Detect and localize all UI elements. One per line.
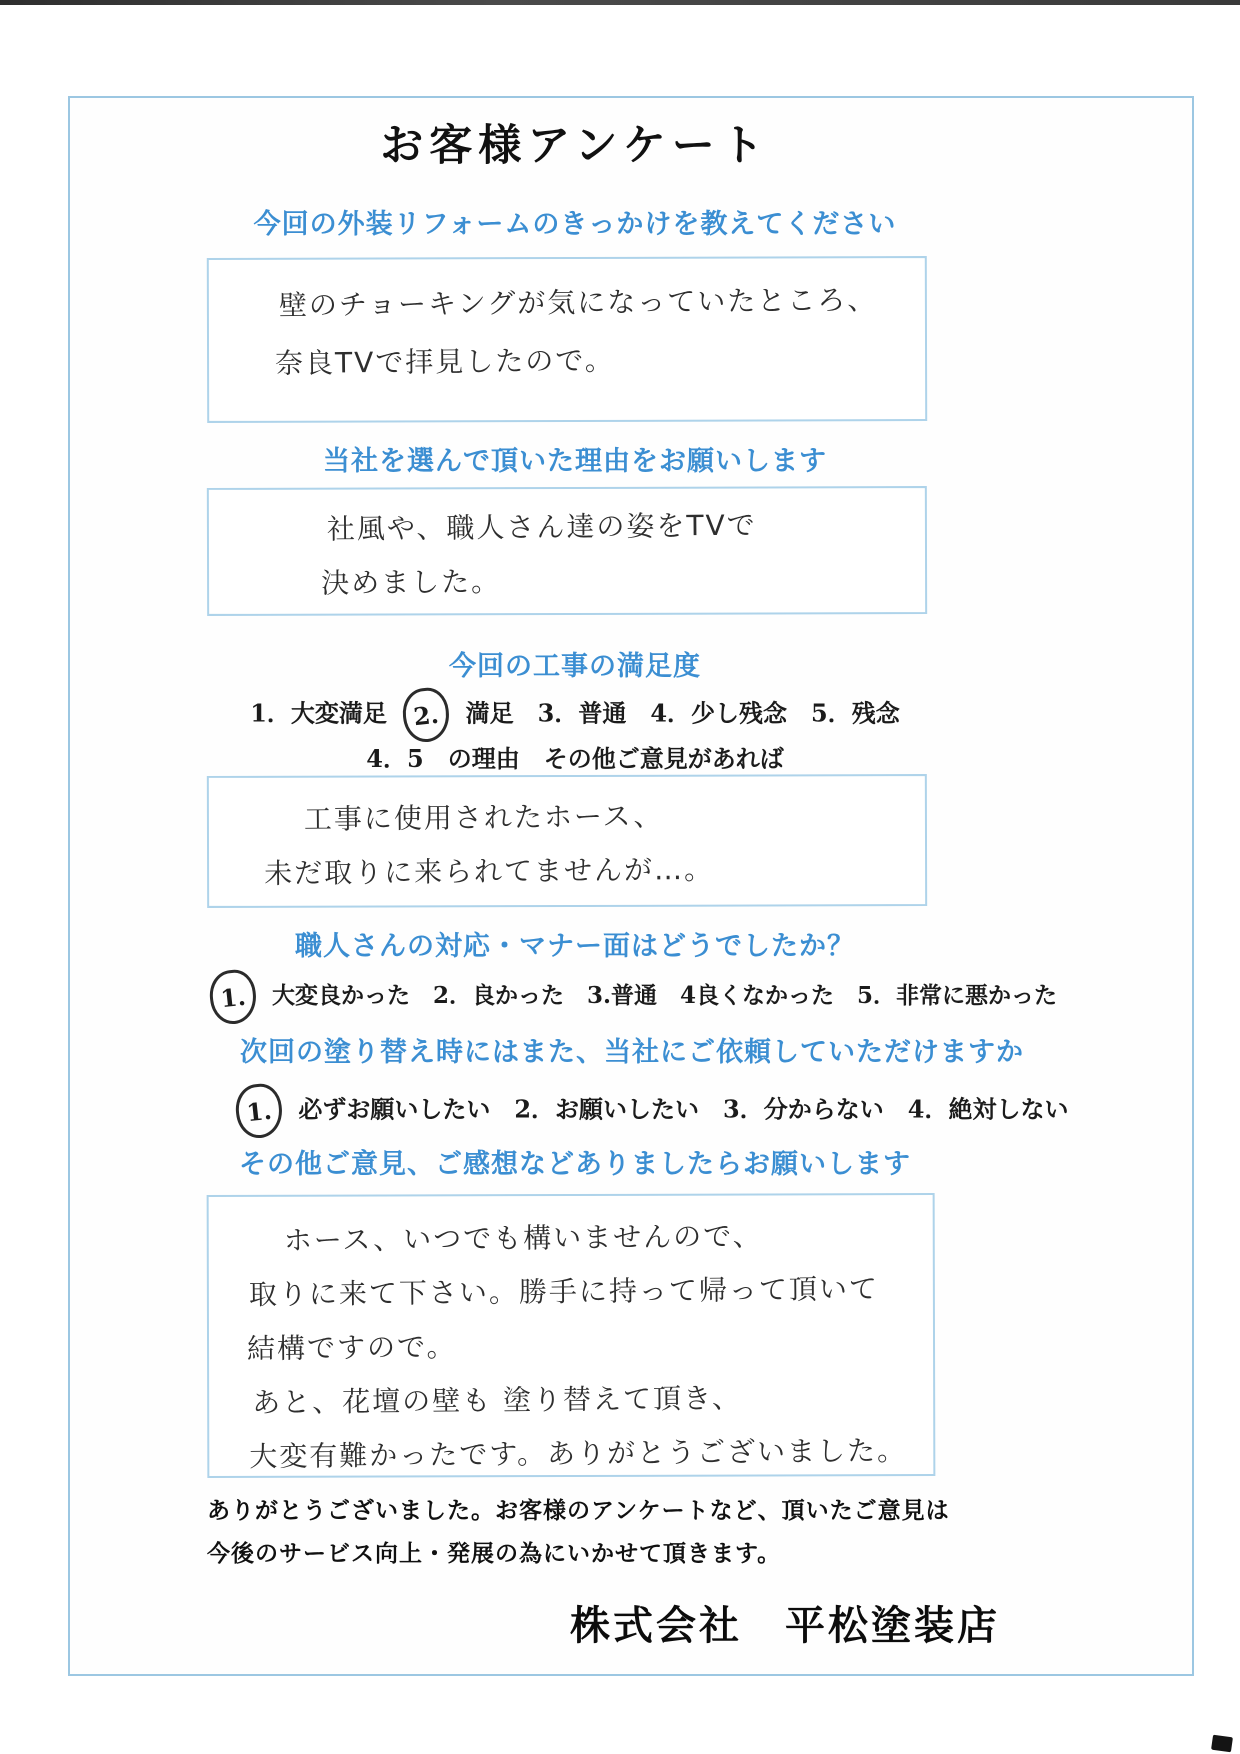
circled-choice-2: 2. [401,686,452,745]
satisfaction-options-row: 1．大変満足 2. 満足 3．普通 4．少し残念 5．残念 [70,688,1080,742]
answer-box-2: 社風や、職人さん達の姿をTVで 決めました。 [207,486,927,616]
manner-options-row: 1. 大変良かった 2．良かった 3.普通 4良くなかった 5．非常に悪かった [202,970,1057,1024]
repeat-options-row: 1. 必ずお願いしたい 2．お願いしたい 3．分からない 4．絶対しない [228,1084,1068,1138]
options-after: 必ずお願いしたい 2．お願いしたい 3．分からない 4．絶対しない [298,1095,1068,1124]
handwritten-line: 奈良TVで拝見したので。 [275,336,925,382]
answer-box-3: 工事に使用されたホース、 未だ取りに来られてませんが…。 [207,774,927,908]
options-after: 満足 3．普通 4．少し残念 5．残念 [466,699,900,728]
options-after: 大変良かった 2．良かった 3.普通 4良くなかった 5．非常に悪かった [272,982,1057,1009]
handwritten-line: 壁のチョーキングが気になっていたところ、 [279,278,925,324]
question-6-label: その他ご意見、ご感想などありましたらお願いします [70,1142,1080,1181]
question-1-label: 今回の外装リフォームのきっかけを教えてください [70,202,1080,241]
handwritten-line: 工事に使用されたホース、 [304,792,925,838]
question-3-label: 今回の工事の満足度 [70,644,1080,683]
answer-box-4: ホース、いつでも構いませんので、 取りに来て下さい。勝手に持って帰って頂いて 結… [207,1193,936,1478]
answer-box-1: 壁のチョーキングが気になっていたところ、 奈良TVで拝見したので。 [207,256,927,423]
circled-choice-1: 1. [233,1082,284,1141]
handwritten-line: 取りに来て下さい。勝手に持って帰って頂いて [249,1267,933,1314]
scan-edge-artifact [0,0,1240,5]
handwritten-line: あと、花壇の壁も 塗り替えて頂き、 [252,1375,933,1422]
handwritten-line: 社風や、職人さん達の姿をTVで [327,502,925,548]
handwritten-line: ホース、いつでも構いませんので、 [284,1213,933,1259]
page-title: お客様アンケート [70,112,1080,173]
handwritten-line: 決めました。 [321,556,925,602]
footer-note-line-1: ありがとうございました。お客様のアンケートなど、頂いたご意見は [207,1492,950,1525]
handwritten-line: 結構ですので。 [247,1321,933,1368]
options-before: 1．大変満足 [250,699,387,728]
handwritten-line: 未だ取りに来られてませんが…。 [264,846,925,892]
footer-note-line-2: 今後のサービス向上・発展の為にいかせて頂きます。 [207,1535,781,1568]
question-2-label: 当社を選んで頂いた理由をお願いします [70,439,1080,478]
circled-choice-1: 1. [207,968,258,1027]
scan-corner-mark [1211,1735,1233,1753]
question-4-label: 職人さんの対応・マナー面はどうでしたか？ [70,924,1080,963]
reason-sub-label: 4．5 の理由 その他ご意見があれば [70,739,1080,774]
handwritten-line: 大変有難かったです。ありがとうございました。 [249,1429,933,1476]
question-5-label: 次回の塗り替え時にはまた、当社にご依頼していただけますか [170,1030,1094,1069]
company-name: 株式会社 平松塗装店 [570,1594,1000,1651]
survey-sheet: お客様アンケート 今回の外装リフォームのきっかけを教えてください 壁のチョーキン… [68,96,1194,1676]
